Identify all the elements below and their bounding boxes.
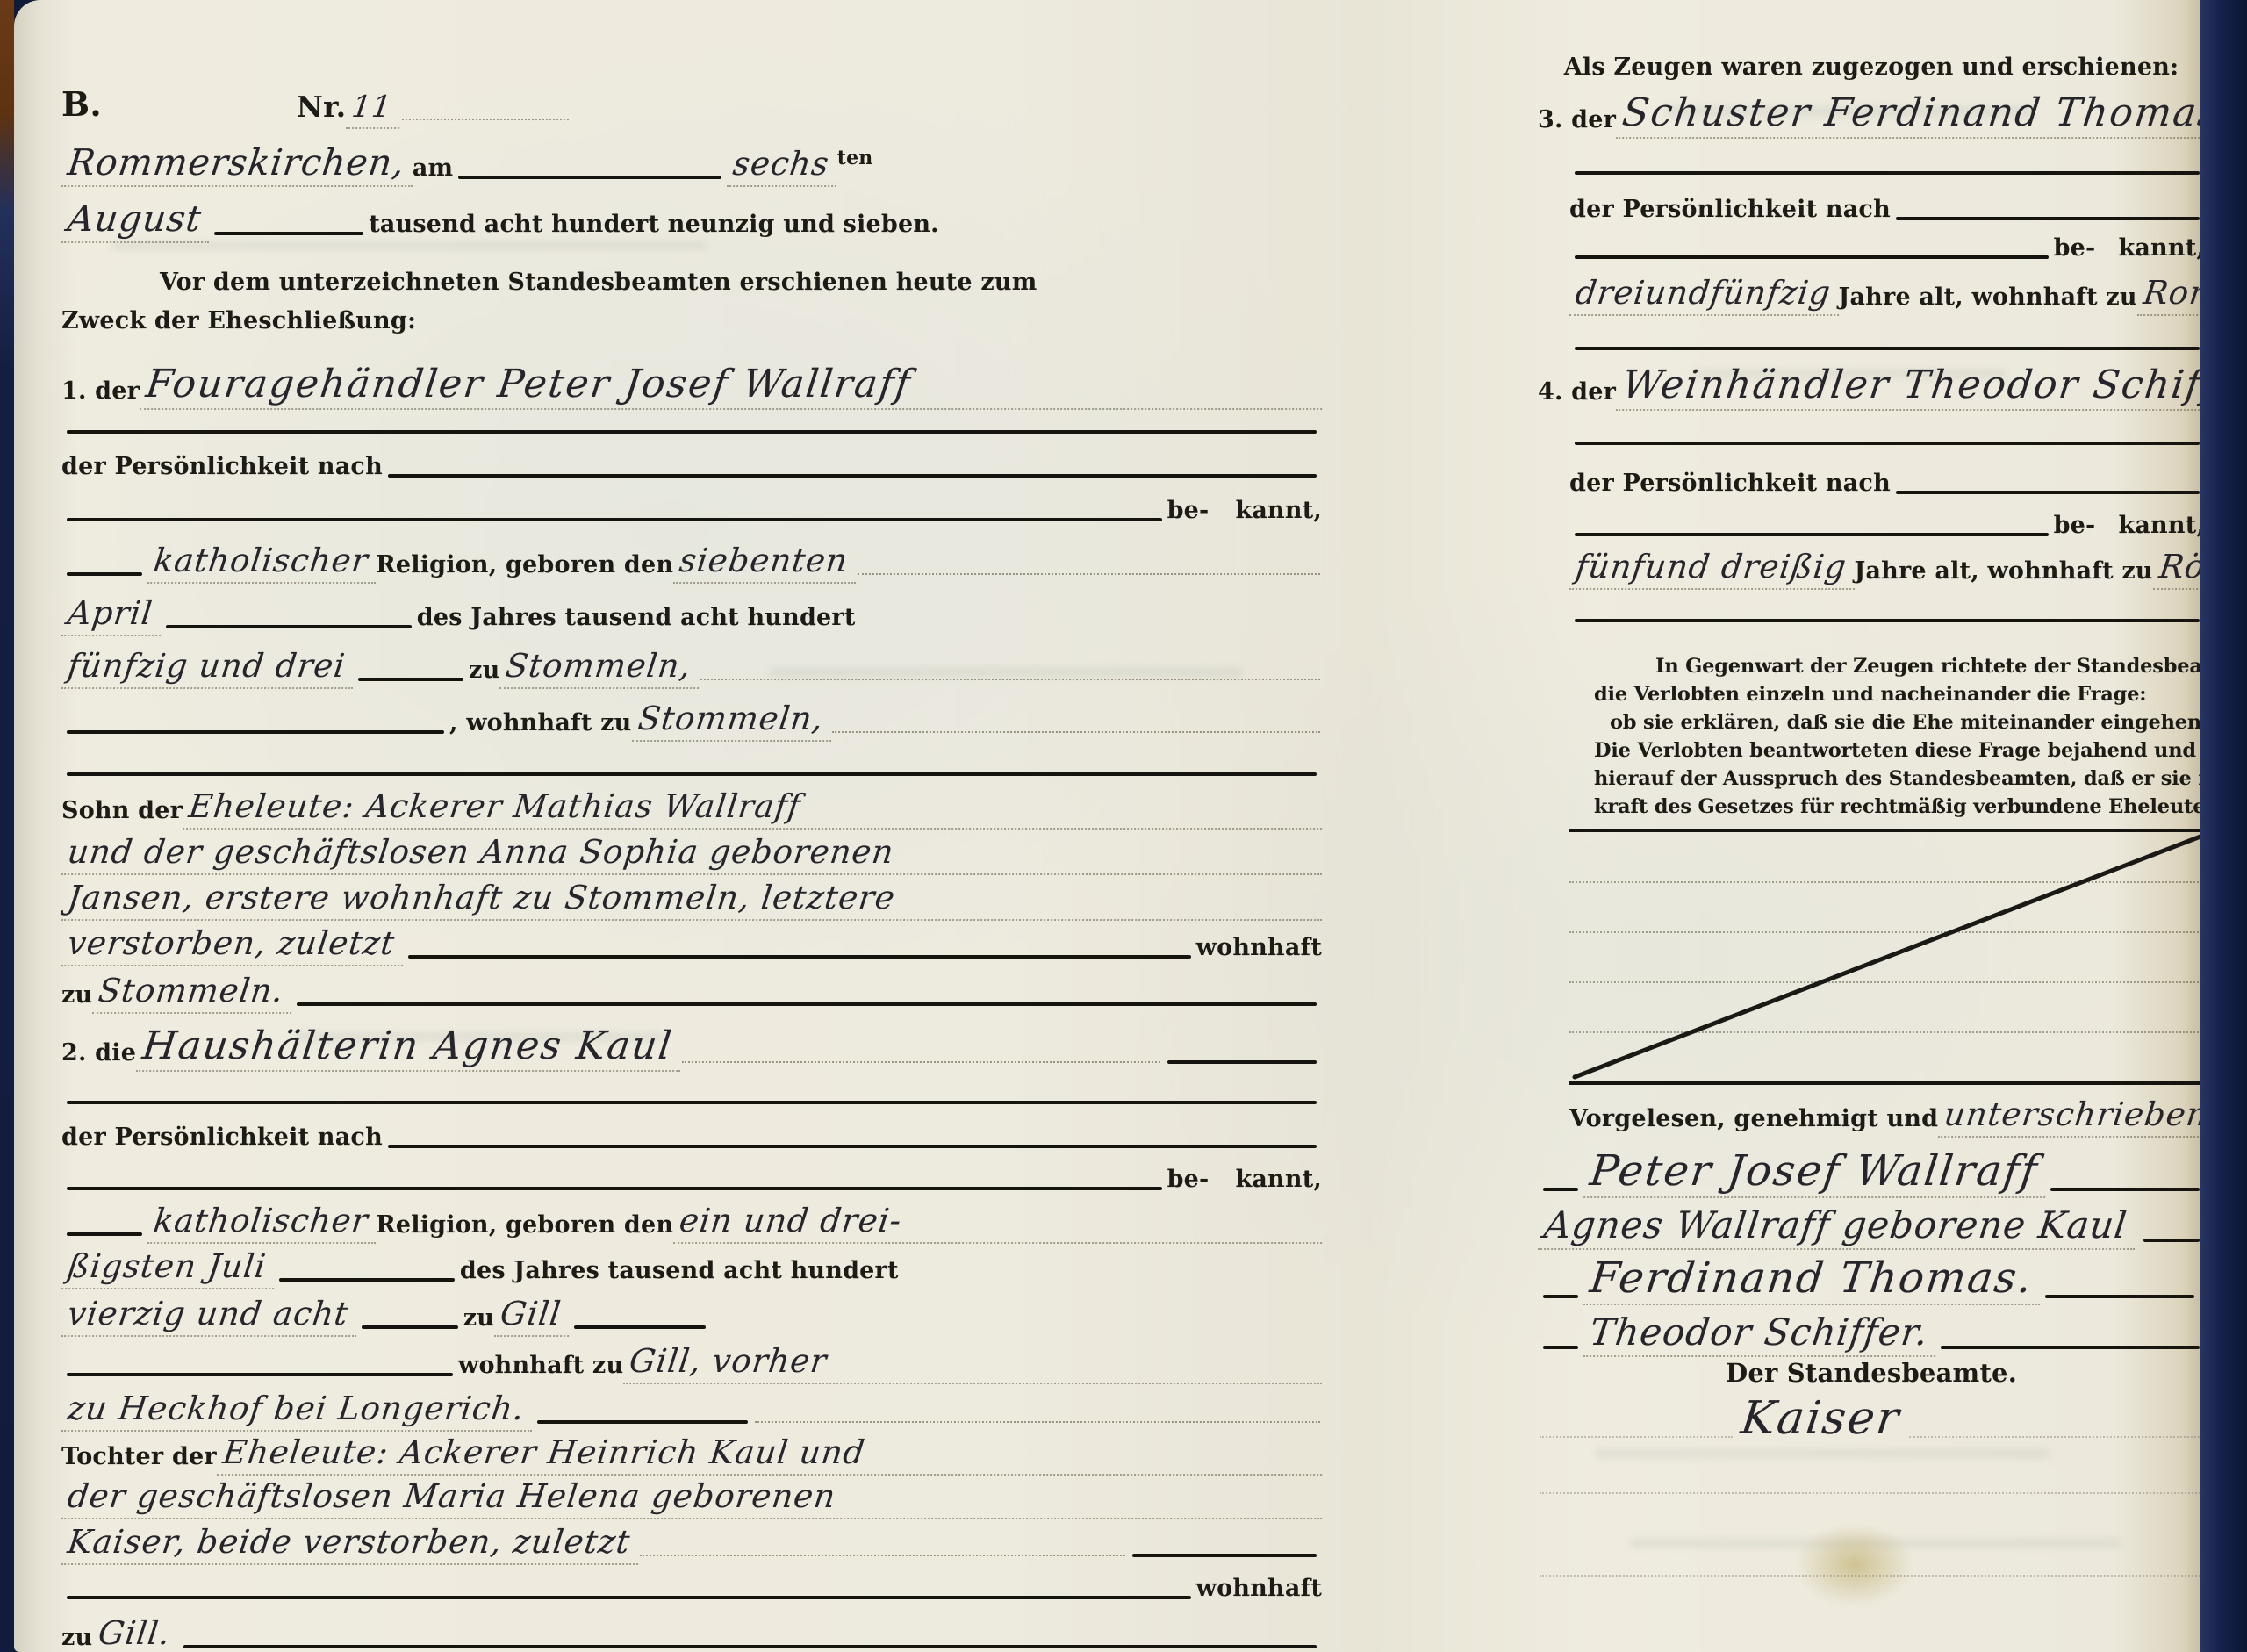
groom-name: Fouragehändler Peter Josef Wallraff xyxy=(140,364,1327,410)
filled-blank-line xyxy=(67,730,444,734)
be-label: be- xyxy=(2054,512,2096,544)
bekannt-line: be- kannt, xyxy=(1569,228,2205,267)
declaration-line: Die Verlobten beantworteten diese Frage … xyxy=(1594,737,2205,765)
signature-bride: Agnes Wallraff geborene Kaul xyxy=(1538,1206,2140,1250)
bride-number-label: 2. die xyxy=(61,1039,136,1072)
witness4-name: Weinhändler Theodor Schiffer xyxy=(1616,365,2247,411)
bride-parents-residence: Gill. xyxy=(92,1617,183,1652)
signature-line: Peter Josef Wallraff xyxy=(1538,1138,2205,1199)
identity-line: der Persönlichkeit nach xyxy=(1569,453,2205,502)
entry-number-label: Nr. xyxy=(297,90,347,129)
dotted-guide-line xyxy=(700,679,1320,680)
groom-parents-entry: Jansen, erstere wohnhaft zu Stommeln, le… xyxy=(61,881,1327,921)
dotted-guide-line xyxy=(402,119,569,120)
witness4-age: fünfund dreißig xyxy=(1569,550,1859,590)
groom-birth-day: siebenten xyxy=(673,544,860,584)
intro-text: Zweck der Eheschließung: xyxy=(61,307,416,340)
filled-blank-line xyxy=(183,1645,1317,1648)
zu-label: zu xyxy=(469,657,499,689)
bride-parents-line-4: wohnhaft xyxy=(61,1565,1322,1607)
wohnhaft-zu-label: wohnhaft zu xyxy=(458,1352,623,1384)
filled-blank-line xyxy=(1575,347,2200,350)
witness3-age-line: dreiundfünfzig Jahre alt, wohnhaft zu Ro… xyxy=(1569,267,2205,316)
bride-birth-day: ein und drei- xyxy=(673,1204,1326,1244)
dotted-guide-line xyxy=(682,1061,1160,1063)
wohnhaft-zu-label: , wohnhaft zu xyxy=(449,709,632,742)
intro-line-2: Zweck der Eheschließung: xyxy=(61,301,1322,340)
place-date-line: Rommerskirchen, am sechs ten xyxy=(61,129,1322,187)
blank-line xyxy=(61,410,1322,442)
blank-line xyxy=(1569,411,2205,453)
filled-blank-line xyxy=(67,1187,1162,1190)
persoenlichkeit-label: der Persönlichkeit nach xyxy=(61,453,383,485)
filled-blank-line xyxy=(67,430,1317,434)
bride-residence-line-2: zu Heckhof bei Longerich. xyxy=(61,1384,1322,1432)
intro-text: Vor dem unterzeichneten Standesbeamten e… xyxy=(160,269,1037,301)
declaration-line: hierauf der Ausspruch des Standesbeamten… xyxy=(1594,765,2205,794)
blank-line xyxy=(61,1072,1322,1112)
filled-blank-line xyxy=(214,232,363,235)
signature-groom: Peter Josef Wallraff xyxy=(1583,1149,2051,1198)
kannt-label: kannt, xyxy=(2118,234,2205,267)
filled-blank-line xyxy=(67,1232,142,1236)
dotted-guide-line xyxy=(1540,1575,2203,1577)
jahres-label: des Jahres tausend acht hundert xyxy=(417,604,856,636)
crossed-out-section xyxy=(1569,829,2205,1085)
religion-label: Religion, geboren den xyxy=(376,1211,673,1244)
groom-birth-place: Stommeln, xyxy=(499,650,703,689)
identity-line: der Persönlichkeit nach xyxy=(1569,183,2205,228)
registrar-label: Der Standesbeamte. xyxy=(1726,1359,2017,1393)
declaration-paragraph: In Gegenwart der Zeugen richtete der Sta… xyxy=(1594,653,2205,822)
witness4-age-line: fünfund dreißig Jahre alt, wohnhaft zu R… xyxy=(1569,544,2205,590)
filled-blank-line xyxy=(408,955,1191,959)
day-entry: sechs xyxy=(727,147,842,187)
blank-line xyxy=(1569,590,2205,630)
kannt-label: kannt, xyxy=(1235,1166,1322,1198)
bride-parents-line-3: Kaiser, beide verstorben, zuletzt xyxy=(61,1519,1322,1565)
dotted-guide-line xyxy=(1540,1492,2203,1494)
blank-line xyxy=(1569,316,2205,358)
bride-residence: Gill, vorher xyxy=(623,1345,1326,1384)
groom-parents-residence-line: zu Stommeln. xyxy=(61,966,1322,1014)
blank-line xyxy=(61,742,1322,784)
filled-blank-line xyxy=(1896,491,2200,494)
filled-blank-line xyxy=(1575,255,2049,259)
signature-witness4: Theodor Schiffer. xyxy=(1583,1313,1941,1357)
left-page: B. Nr. 11 Rommerskirchen, am sechs ten A… xyxy=(61,37,1322,1652)
groom-parents-entry: und der geschäftslosen Anna Sophia gebor… xyxy=(61,836,1327,875)
filled-blank-line xyxy=(1575,619,2200,622)
bride-parents-residence-line: zu Gill. xyxy=(61,1607,1322,1652)
bride-birth-day-2: ßigsten Juli xyxy=(61,1250,278,1289)
bride-parents-entry: der geschäftslosen Maria Helena geborene… xyxy=(61,1480,1327,1519)
witness-header-line: Als Zeugen waren zugezogen und erschiene… xyxy=(1538,35,2205,86)
bride-parents-line-2: der geschäftslosen Maria Helena geborene… xyxy=(61,1476,1322,1519)
filled-blank-line xyxy=(279,1278,455,1282)
register-book-spread: B. Nr. 11 Rommerskirchen, am sechs ten A… xyxy=(0,0,2247,1652)
book-cover-edge-right xyxy=(2200,0,2247,1652)
sohn-label: Sohn der xyxy=(61,797,183,830)
groom-residence-line: , wohnhaft zu Stommeln, xyxy=(61,689,1322,742)
entry-letter: B. xyxy=(61,85,102,129)
printed-year-text: tausend acht hundert neunzig und sieben. xyxy=(369,211,939,243)
groom-parents-entry: verstorben, zuletzt xyxy=(61,927,407,966)
jahre-alt-label: Jahre alt, wohnhaft zu xyxy=(1839,284,2137,316)
filled-blank-line xyxy=(1167,1060,1317,1064)
filled-blank-line xyxy=(67,1596,1191,1599)
signature-witness3: Ferdinand Thomas. xyxy=(1583,1256,2046,1305)
declaration-line: In Gegenwart der Zeugen richtete der Sta… xyxy=(1594,653,2205,681)
filled-blank-line xyxy=(458,176,721,179)
registrar-title-line: Der Standesbeamte. xyxy=(1538,1357,2205,1394)
dotted-guide-line xyxy=(832,731,1320,733)
filled-blank-line xyxy=(388,474,1317,478)
dotted-guide-line xyxy=(640,1555,1125,1556)
zu-label: zu xyxy=(61,1624,92,1652)
groom-birth-month-line: April des Jahres tausend acht hundert xyxy=(61,584,1322,636)
be-label: be- xyxy=(1167,497,1210,529)
witness3-age: dreiundfünfzig xyxy=(1569,277,1843,316)
groom-birth-year: fünfzig und drei xyxy=(61,650,358,689)
registrar-signature: Kaiser xyxy=(1734,1395,1913,1447)
paper-spread: B. Nr. 11 Rommerskirchen, am sechs ten A… xyxy=(14,0,2200,1652)
dotted-guide-line xyxy=(858,573,1320,575)
filled-blank-line xyxy=(2143,1239,2200,1242)
bekannt-line: be- kannt, xyxy=(61,485,1322,529)
filled-blank-line xyxy=(67,1373,453,1376)
declaration-line: ob sie erklären, daß sie die Ehe miteina… xyxy=(1594,709,2205,737)
place-entry: Rommerskirchen, xyxy=(61,144,418,187)
entry-number: 11 xyxy=(346,92,404,129)
filled-blank-line xyxy=(537,1420,748,1424)
bride-residence-line: wohnhaft zu Gill, vorher xyxy=(61,1337,1322,1384)
registrar-signature-line: Kaiser xyxy=(1538,1394,2205,1447)
cancellation-stroke xyxy=(1569,832,2205,1081)
witness4-number-label: 4. der xyxy=(1538,378,1616,411)
groom-parents-line-2: und der geschäftslosen Anna Sophia gebor… xyxy=(61,830,1322,875)
groom-birth-month: April xyxy=(61,597,165,636)
kannt-label: kannt, xyxy=(2118,512,2205,544)
right-page: Als Zeugen waren zugezogen und erschiene… xyxy=(1538,35,2205,1585)
groom-parents-line-3: Jansen, erstere wohnhaft zu Stommeln, le… xyxy=(61,875,1322,921)
groom-religion: katholischer xyxy=(147,544,381,584)
unterschrieben-entry: unterschrieben. xyxy=(1938,1098,2232,1138)
am-label: am xyxy=(413,154,453,187)
declaration-line: die Verlobten einzeln und nacheinander d… xyxy=(1594,681,2205,709)
filled-blank-line xyxy=(1132,1554,1317,1557)
filled-blank-line xyxy=(297,1002,1317,1006)
filled-blank-line xyxy=(1575,171,2200,175)
filled-blank-line xyxy=(362,1325,458,1329)
filled-blank-line xyxy=(67,1101,1317,1104)
persoenlichkeit-label: der Persönlichkeit nach xyxy=(1569,470,1891,502)
dotted-guide-line xyxy=(1909,1436,2203,1438)
dotted-guide-line xyxy=(755,1421,1320,1423)
wohnhaft-label: wohnhaft xyxy=(1196,1575,1322,1607)
identity-line: der Persönlichkeit nach xyxy=(61,442,1322,485)
bride-religion: katholischer xyxy=(147,1204,381,1244)
jahres-label: des Jahres tausend acht hundert xyxy=(460,1257,899,1289)
bride-name-line: 2. die Haushälterin Agnes Kaul xyxy=(61,1014,1322,1072)
witness3-name: Schuster Ferdinand Thomas xyxy=(1616,93,2232,139)
signature-line: Ferdinand Thomas. xyxy=(1538,1250,2205,1306)
filled-blank-line xyxy=(358,678,463,681)
empty-guide-line xyxy=(1538,1447,2205,1503)
witness4-name-line: 4. der Weinhändler Theodor Schiffer xyxy=(1538,358,2205,411)
bride-parents-line-1: Tochter der Eheleute: Ackerer Heinrich K… xyxy=(61,1432,1322,1476)
declaration-line: kraft des Gesetzes für rechtmäßig verbun… xyxy=(1594,794,2205,822)
filled-blank-line xyxy=(166,625,412,628)
signature-line: Agnes Wallraff geborene Kaul xyxy=(1538,1199,2205,1250)
signature-line: Theodor Schiffer. xyxy=(1538,1306,2205,1357)
witness3-number-label: 3. der xyxy=(1538,106,1616,139)
filled-blank-line xyxy=(1543,1346,1578,1349)
filled-blank-line xyxy=(2045,1295,2194,1298)
bride-birth-month-line: ßigsten Juli des Jahres tausend acht hun… xyxy=(61,1244,1322,1289)
zu-label: zu xyxy=(463,1304,494,1337)
witness-header: Als Zeugen waren zugezogen und erschiene… xyxy=(1564,54,2179,86)
persoenlichkeit-label: der Persönlichkeit nach xyxy=(1569,196,1891,228)
groom-parents-line-1: Sohn der Eheleute: Ackerer Mathias Wallr… xyxy=(61,784,1322,830)
kannt-label: kannt, xyxy=(1235,497,1322,529)
groom-religion-line: katholischer Religion, geboren den siebe… xyxy=(61,529,1322,584)
bride-parents-entry: Eheleute: Ackerer Heinrich Kaul und xyxy=(217,1436,1327,1476)
bride-residence-entry: zu Heckhof bei Longerich. xyxy=(61,1392,537,1432)
filled-blank-line xyxy=(574,1325,706,1329)
filled-blank-line xyxy=(1896,217,2200,220)
bride-birth-year: vierzig und acht xyxy=(61,1297,361,1337)
filled-blank-line xyxy=(67,518,1162,521)
groom-name-line: 1. der Fouragehändler Peter Josef Wallra… xyxy=(61,340,1322,410)
dotted-guide-line xyxy=(1540,1436,1733,1438)
bride-birth-place: Gill xyxy=(494,1297,574,1337)
groom-parents-residence: Stommeln. xyxy=(92,974,296,1014)
vorgelesen-line: Vorgelesen, genehmigt und unterschrieben… xyxy=(1569,1085,2205,1138)
bride-parents-entry: Kaiser, beide verstorben, zuletzt xyxy=(61,1526,643,1565)
intro-line-1: Vor dem unterzeichneten Standesbeamten e… xyxy=(61,243,1322,301)
wohnhaft-label: wohnhaft xyxy=(1196,934,1322,966)
bride-name: Haushälterin Agnes Kaul xyxy=(136,1026,686,1072)
bride-religion-line: katholischer Religion, geboren den ein u… xyxy=(61,1198,1322,1244)
groom-residence: Stommeln, xyxy=(632,702,836,742)
tochter-label: Tochter der xyxy=(61,1443,217,1476)
filled-blank-line xyxy=(388,1145,1317,1148)
identity-line: der Persönlichkeit nach xyxy=(61,1112,1322,1156)
empty-guide-line xyxy=(1538,1503,2205,1585)
be-label: be- xyxy=(1167,1166,1210,1198)
vorgelesen-label: Vorgelesen, genehmigt und xyxy=(1569,1105,1938,1138)
groom-birth-year-line: fünfzig und drei zu Stommeln, xyxy=(61,636,1322,689)
blank-line xyxy=(1569,139,2205,183)
filled-blank-line xyxy=(67,772,1317,776)
month-entry: August xyxy=(61,200,214,243)
jahre-alt-label: Jahre alt, wohnhaft zu xyxy=(1855,557,2153,590)
filled-blank-line xyxy=(1575,442,2200,445)
bekannt-line: be- kannt, xyxy=(61,1156,1322,1198)
groom-parents-entry: Eheleute: Ackerer Mathias Wallraff xyxy=(183,790,1326,830)
month-year-line: August tausend acht hundert neunzig und … xyxy=(61,187,1322,243)
zu-label: zu xyxy=(61,981,92,1014)
be-label: be- xyxy=(2054,234,2096,267)
header-line: B. Nr. 11 xyxy=(61,37,1322,129)
filled-blank-line xyxy=(1543,1295,1578,1298)
book-cover-edge-left xyxy=(0,0,14,1652)
ten-suffix: ten xyxy=(837,147,873,187)
filled-blank-line xyxy=(67,572,142,576)
groom-number-label: 1. der xyxy=(61,377,140,410)
witness3-name-line: 3. der Schuster Ferdinand Thomas xyxy=(1538,86,2205,139)
filled-blank-line xyxy=(1543,1188,1578,1191)
groom-parents-line-4: verstorben, zuletzt wohnhaft xyxy=(61,921,1322,966)
persoenlichkeit-label: der Persönlichkeit nach xyxy=(61,1124,383,1156)
religion-label: Religion, geboren den xyxy=(376,551,673,584)
filled-blank-line xyxy=(2050,1188,2200,1191)
bride-birth-year-line: vierzig und acht zu Gill xyxy=(61,1289,1322,1337)
filled-blank-line xyxy=(1575,533,2049,536)
bekannt-line: be- kannt, xyxy=(1569,502,2205,544)
filled-blank-line xyxy=(1941,1346,2200,1349)
